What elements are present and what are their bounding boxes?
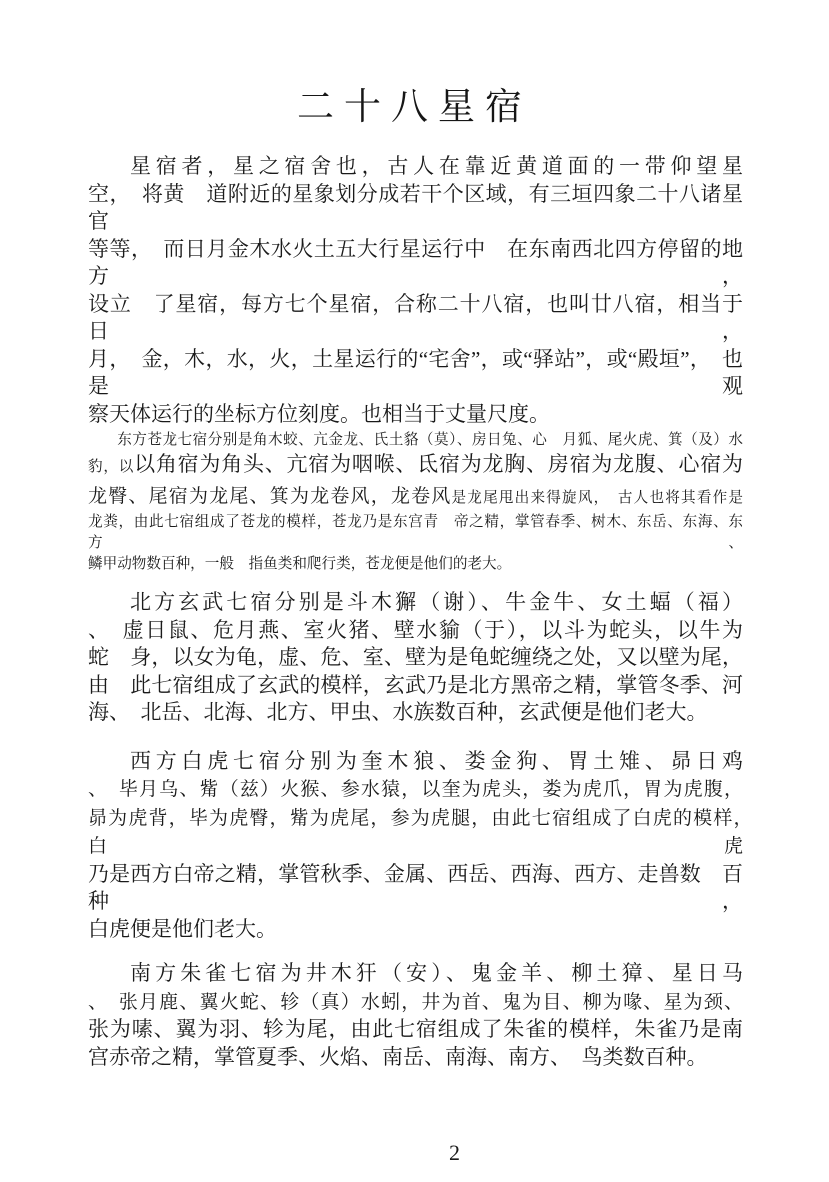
paragraph-2: 东方苍龙七宿分别是角木蛟、亢金龙、氏土貉（莫）、房日兔、心 月狐、尾火虎、箕（及…	[88, 430, 743, 575]
text-line: 东方苍龙七宿分别是角木蛟、亢金龙、氏土貉（莫）、房日兔、心 月狐、尾火虎、箕（及…	[88, 430, 743, 451]
text-line: 空， 将黄 道附近的星象划分成若干个区域，有三垣四象二十八诸星官	[88, 181, 743, 236]
text-line: 海、 北岳、北海、北方、甲虫、水族数百种，玄武便是他们老大。	[88, 699, 743, 727]
text-segment: 东方苍龙七宿分别是角木蛟、亢金龙、氏土貉（莫）、房日兔、心 月狐、尾火虎、箕（及…	[117, 432, 743, 448]
text-line: 乃是西方白帝之精，掌管秋季、金属、西岳、西海、西方、走兽数 百种，	[88, 861, 743, 916]
text-line: 等等， 而日月金木水火土五大行星运行中 在东南西北四方停留的地方，	[88, 236, 743, 291]
paragraph-1: 星宿者，星之宿舍也，古人在靠近黄道面的一带仰望星空， 将黄 道附近的星象划分成若…	[88, 153, 743, 428]
text-segment: 白虎便是他们老大。	[88, 917, 277, 941]
paragraph-4: 西方白虎七宿分别为奎木狼、娄金狗、胃土雉、昴日鸡、 毕月乌、觜（兹）火猴、参水猿…	[88, 748, 743, 944]
text-line: 月， 金，木，水，火，土星运行的“宅舍”，或“驿站”，或“殿垣”， 也是观	[88, 346, 743, 401]
text-segment: 是龙尾甩出来得旋风， 古人也将其看作是	[452, 490, 743, 506]
text-line: 设立 了星宿，每方七个星宿，合称二十八宿，也叫廿八宿，相当于日，	[88, 291, 743, 346]
text-segment: 鳞甲动物数百种，一般 指鱼类和爬行类，苍龙便是他们的老大。	[88, 556, 511, 572]
text-segment: 南方朱雀七宿为井木犴（安）、鬼金羊、柳土獐、星日马	[130, 961, 743, 985]
text-segment: 、 毕月乌、觜（兹）火猴、参水猿，以奎为虎头，娄为虎爪，胃为虎腹，	[88, 779, 743, 800]
text-segment: 设立 了星宿，每方七个星宿，合称二十八宿，也叫廿八宿，相当于日，	[88, 292, 743, 344]
text-line: 由 此七宿组成了玄武的模样，玄武乃是北方黑帝之精，掌管冬季、河	[88, 672, 743, 700]
text-line: 察天体运行的坐标方位刻度。也相当于丈量尺度。	[88, 401, 743, 429]
text-line: 鳞甲动物数百种，一般 指鱼类和爬行类，苍龙便是他们的老大。	[88, 554, 743, 575]
text-line: 豹，以以角宿为角头、亢宿为咽喉、氐宿为龙胸、房宿为龙腹、心宿为	[88, 451, 743, 482]
text-segment: 龙粪，由此七宿组成了苍龙的模样，苍龙乃是东宫青 帝之精，掌管春季、树木、东岳、东…	[88, 514, 743, 551]
text-line: 、 毕月乌、觜（兹）火猴、参水猿，以奎为虎头，娄为虎爪，胃为虎腹，	[88, 775, 743, 804]
document-page: 二十八星宿 星宿者，星之宿舍也，古人在靠近黄道面的一带仰望星空， 将黄 道附近的…	[0, 0, 829, 1182]
paragraph-3: 北方玄武七宿分别是斗木獬（谢）、牛金牛、女土蝠（福）、 虚日鼠、危月燕、室火猪、…	[88, 589, 743, 727]
text-segment: 空， 将黄 道附近的星象划分成若干个区域，有三垣四象二十八诸星官	[88, 182, 743, 234]
text-line: 、 虚日鼠、危月燕、室火猪、壁水貐（于），以斗为蛇头，以牛为	[88, 617, 743, 645]
text-line: 南方朱雀七宿为井木犴（安）、鬼金羊、柳土獐、星日马	[88, 960, 743, 988]
text-line: 蛇 身，以女为龟，虚、危、室、壁为是龟蛇缠绕之处，又以壁为尾，	[88, 644, 743, 672]
document-title: 二十八星宿	[0, 76, 829, 130]
text-segment: 海、 北岳、北海、北方、甲虫、水族数百种，玄武便是他们老大。	[88, 700, 708, 724]
text-segment: 昴为虎背，毕为虎臀，觜为虎尾，参为虎腿，由此七宿组成了白虎的模样， 白虎	[88, 808, 762, 858]
text-line: 龙粪，由此七宿组成了苍龙的模样，苍龙乃是东宫青 帝之精，掌管春季、树木、东岳、东…	[88, 512, 743, 554]
text-line: 宫赤帝之精，掌管夏季、火焰、南岳、南海、南方、 鸟类数百种。	[88, 1044, 743, 1072]
text-segment: 乃是西方白帝之精，掌管秋季、金属、西岳、西海、西方、走兽数 百种，	[88, 862, 743, 914]
text-segment: 豹，以	[88, 459, 134, 475]
text-line: 龙臀、尾宿为龙尾、箕为龙卷风，龙卷风是龙尾甩出来得旋风， 古人也将其看作是	[88, 482, 743, 513]
text-segment: 宫赤帝之精，掌管夏季、火焰、南岳、南海、南方、 鸟类数百种。	[88, 1045, 708, 1069]
text-line: 白虎便是他们老大。	[88, 916, 743, 944]
text-line: 西方白虎七宿分别为奎木狼、娄金狗、胃土雉、昴日鸡	[88, 748, 743, 776]
text-line: 、 张月鹿、翼火蛇、轸（真）水蚓，井为首、鬼为目、柳为喙、星为颈、	[88, 988, 743, 1017]
text-segment: 等等， 而日月金木水火土五大行星运行中 在东南西北四方停留的地方，	[88, 237, 743, 289]
document-body: 星宿者，星之宿舍也，古人在靠近黄道面的一带仰望星空， 将黄 道附近的星象划分成若…	[88, 153, 743, 1071]
text-segment: 由 此七宿组成了玄武的模样，玄武乃是北方黑帝之精，掌管冬季、河	[88, 673, 743, 697]
text-line: 北方玄武七宿分别是斗木獬（谢）、牛金牛、女土蝠（福）	[88, 589, 743, 617]
text-segment: 龙臀、尾宿为龙尾、箕为龙卷风，龙卷风	[88, 486, 452, 507]
text-line: 星宿者，星之宿舍也，古人在靠近黄道面的一带仰望星	[88, 153, 743, 181]
paragraph-5: 南方朱雀七宿为井木犴（安）、鬼金羊、柳土獐、星日马、 张月鹿、翼火蛇、轸（真）水…	[88, 960, 743, 1071]
text-segment: 察天体运行的坐标方位刻度。也相当于丈量尺度。	[88, 402, 550, 426]
page-number: 2	[0, 1140, 829, 1166]
text-segment: 北方玄武七宿分别是斗木獬（谢）、牛金牛、女土蝠（福）	[130, 590, 743, 614]
text-segment: 张为嗉、翼为羽、轸为尾，由此七宿组成了朱雀的模样，朱雀乃是南	[88, 1017, 743, 1041]
text-segment: 月， 金，木，水，火，土星运行的“宅舍”，或“驿站”，或“殿垣”， 也是观	[88, 347, 743, 399]
text-segment: 西方白虎七宿分别为奎木狼、娄金狗、胃土雉、昴日鸡	[130, 749, 743, 773]
text-line: 张为嗉、翼为羽、轸为尾，由此七宿组成了朱雀的模样，朱雀乃是南	[88, 1016, 743, 1044]
text-segment: 、 虚日鼠、危月燕、室火猪、壁水貐（于），以斗为蛇头，以牛为	[88, 618, 743, 642]
text-segment: 以角宿为角头、亢宿为咽喉、氐宿为龙胸、房宿为龙腹、心宿为	[134, 452, 743, 476]
text-line: 昴为虎背，毕为虎臀，觜为虎尾，参为虎腿，由此七宿组成了白虎的模样， 白虎	[88, 804, 743, 861]
text-segment: 蛇 身，以女为龟，虚、危、室、壁为是龟蛇缠绕之处，又以壁为尾，	[88, 645, 743, 669]
text-segment: 、 张月鹿、翼火蛇、轸（真）水蚓，井为首、鬼为目、柳为喙、星为颈、	[88, 992, 743, 1013]
text-segment: 星宿者，星之宿舍也，古人在靠近黄道面的一带仰望星	[130, 154, 743, 178]
